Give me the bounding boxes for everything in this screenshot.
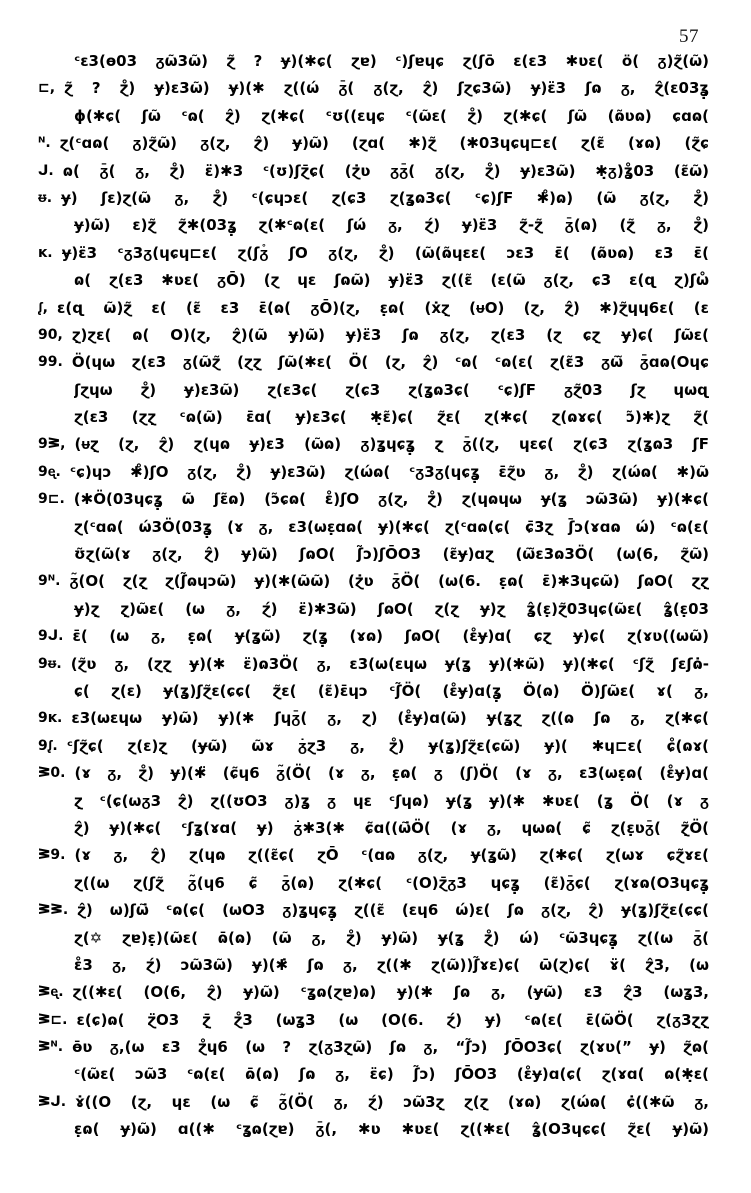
verse-number: ᕒᒍ. bbox=[38, 1089, 66, 1116]
line-text: (ɤ ᵹ, ɀ̊) ɏ)(✱̈ (ɕ̃ɥ6 ᵹ̃(Ö( (ɤ ᵹ, ɛ̣ɷ( ᵹ… bbox=[74, 760, 709, 787]
line-text: ɵ̄ʋ ᵹ,(ω ɛ3 ɀ̊ɥ6 (ω ? ɀ(ᵹ3ɀ̣ῶ) ʃɷ ᵹ, “ʃ̃… bbox=[72, 1034, 709, 1061]
line-text: ɛ3(ωɛɥω ɏ)ῶ) ɏ)(✱ ʃɥᵹ̄( ᵹ, ɀ) (ɛ̊ɏ)ɑ(ῶ) … bbox=[71, 705, 709, 732]
verse-number: ᕒᴺ. bbox=[38, 1034, 63, 1061]
continuation-line: ɀ̣ ᶜ(ɕ(ωᵹ3 ɀ̂) ɀ((ʊO3 ᵹ)ʓ ᵹ ɥɛ ᶜʃɥɷ) ɏ(ʓ… bbox=[38, 788, 709, 815]
continuation-line: ᶜɛ3(ɵ03 ᵹῶ3ῶ) ɀ̃ ? ɏ)(✱ɕ( ɀɐ) ᶜ)ʃɐɥɕ ɀ(ʃ… bbox=[38, 48, 709, 75]
continuation-line: ɀ(ᶜɑɷ( ώ3Ö(03ʓ̣ (ɤ ᵹ, ɛ3(ωɛ̣ɑɷ( ɏ)(✱ɕ( ɀ… bbox=[38, 514, 709, 541]
verse-number: 9ᕒ, bbox=[38, 431, 65, 458]
continuation-line: ɏ)ῶ) ɛ)ɀ̃ ɀ̃✱(03ʓ̣ ɀ(✱ᶜɷ(ɛ( ʃώ ᵹ, ɀ́) ɏ)… bbox=[38, 212, 709, 239]
verse-number: ᴺ. bbox=[38, 130, 51, 157]
line-text: ɀ̣ ᶜ(ɕ(ωᵹ3 ɀ̂) ɀ((ʊO3 ᵹ)ʓ ᵹ ɥɛ ᶜʃɥɷ) ɏ(ʓ… bbox=[74, 788, 709, 815]
line-text: ɏ)ɛ̈3 ᶜᵹ3ᵹ(ɥɕɥ⊏ɛ( ɀ(ʃᵹ̊ ʃO ᵹ(ɀ, ɀ̊) (ῶ(ɷ… bbox=[62, 240, 709, 267]
verse-line: ᴋ.ɏ)ɛ̈3 ᶜᵹ3ᵹ(ɥɕɥ⊏ɛ( ɀ(ʃᵹ̊ ʃO ᵹ(ɀ, ɀ̊) (ῶ… bbox=[38, 240, 709, 267]
verse-line: 9⊏.(✱Ö(03ɥɕʓ̣ ῶ ʃɛ̃ɷ) (ɔ̃ɕɷ( ɛ̊)ʃO ᵹ(ɀ, … bbox=[38, 486, 709, 513]
verse-line: ᕒ0.(ɤ ᵹ, ɀ̊) ɏ)(✱̈ (ɕ̃ɥ6 ᵹ̃(Ö( (ɤ ᵹ, ɛ̣ɷ… bbox=[38, 760, 709, 787]
verse-line: 9ᴋ.ɛ3(ωɛɥω ɏ)ῶ) ɏ)(✱ ʃɥᵹ̄( ᵹ, ɀ) (ɛ̊ɏ)ɑ(… bbox=[38, 705, 709, 732]
line-text: ɀ(ᶜɑɷ( ᵹ)ɀ̃ῶ) ᵹ(ɀ, ɀ̂) ɏ)ῶ) (ɀɑ( ✱)ɀ̃ (✱… bbox=[60, 130, 709, 157]
verse-line: ᕒᶒ.ɀ((✱ɛ( (O(6, ɀ̂) ɏ)ῶ) ᶜʓɷ(ɀɐ)ɷ) ɏ)(✱ … bbox=[38, 979, 709, 1006]
verse-number: ⊏, bbox=[38, 75, 55, 102]
verse-line: ᒍ.ɷ( ᵹ̄( ᵹ, ɀ̊) ɛ̈)✱3 ᶜ(ʊ)ʃɀ̄ɕ( (ɀ̇ʋ ᵹᵹ̄… bbox=[38, 158, 709, 185]
verse-number: 9ᵿ. bbox=[38, 651, 62, 678]
line-text: ᵹ̃(O( ɀ(ɀ̣ ɀ(ʃ̃ɷɥɔῶ) ɏ)(✱(ῶῶ) (ɀ̇ʋ ᵹ̄Ö( … bbox=[69, 568, 709, 595]
line-text: (ɤ ᵹ, ɀ̂) ɀ(ɥɷ ɀ((ɛ̃ɕ( ɀŌ ᶜ(ɑɷ ᵹ(ɀ, ɏ(ʓῶ… bbox=[74, 842, 709, 869]
verse-line: ᵿ.ɏ) ʃɛ)ɀ(ῶ ᵹ, ɀ̊) ᶜ(ɕɥɔɛ( ɀ(ɕ3 ɀ(ʓɷ3ɕ( … bbox=[38, 185, 709, 212]
verse-number: 9ᴋ. bbox=[38, 705, 62, 732]
line-text: ɏ)ɀ̣ ɀ̣)ῶɛ( (ω ᵹ, ɀ́) ɛ̈)✱3ῶ) ʃɷO( ɀ(ɀ̣ … bbox=[74, 596, 709, 623]
line-text: ɷ( ᵹ̄( ᵹ, ɀ̊) ɛ̈)✱3 ᶜ(ʊ)ʃɀ̄ɕ( (ɀ̇ʋ ᵹᵹ̄( … bbox=[63, 158, 709, 185]
verse-line: ᕒᴺ.ɵ̄ʋ ᵹ,(ω ɛ3 ɀ̊ɥ6 (ω ? ɀ(ᵹ3ɀ̣ῶ) ʃɷ ᵹ, … bbox=[38, 1034, 709, 1061]
line-text: (ɀ̃ʋ ᵹ, (ɀɀ̣ ɏ)(✱ ɛ̈)ɷ3Ö( ᵹ, ɛ3(ω(ɛɥω ɏ(… bbox=[71, 651, 709, 678]
page-number: 57 bbox=[679, 26, 699, 48]
verse-line: 9ᕒ,(ᵾɀ̣ (ɀ, ɀ̂) ɀ(ɥɷ ɏ)ɛ3 (ῶɷ) ᵹ)ʓɥɕʓ̣ ɀ… bbox=[38, 431, 709, 458]
verse-line: ᕒ9.(ɤ ᵹ, ɀ̂) ɀ(ɥɷ ɀ((ɛ̃ɕ( ɀŌ ᶜ(ɑɷ ᵹ(ɀ, ɏ… bbox=[38, 842, 709, 869]
verse-line: ᕒᒍ.ɤ̇((O (ɀ, ɥɛ (ω ɕ̃ ᵹ̃(Ö( ᵹ, ɀ́) ɔῶ3ɀ̣… bbox=[38, 1089, 709, 1116]
line-text: ɀ(ᶜɑɷ( ώ3Ö(03ʓ̣ (ɤ ᵹ, ɛ3(ωɛ̣ɑɷ( ɏ)(✱ɕ( ɀ… bbox=[74, 514, 709, 541]
line-text: ɛ̣ɷ( ɏ)ῶ) ɑ((✱ ᶜʓɷ(ɀɐ) ᵹ̄(, ✱ʋ ✱ʋɛ( ɀ((✱… bbox=[74, 1116, 709, 1143]
line-text: ɛ(ɋ ῶ)ɀ̃ ɛ( (ɛ̃ ɛ3 ɛ̄(ɷ( ᵹŌ)(ɀ, ɛ̣ɷ( (ẋɀ… bbox=[57, 295, 709, 322]
continuation-line: ɀ(✡ ɀɐ)ɛ̣)(ῶɛ( ɷ̄(ɷ) (ῶ ᵹ, ɀ̊) ɏ)ῶ) ɏ(ʓ … bbox=[38, 925, 709, 952]
continuation-line: ʃɀɥω ɀ̊) ɏ)ɛ3ῶ) ɀ(ɛ3ɕ( ɀ(ɕ3 ɀ(ʓɷ3ɕ( ᶜɕ)ʃ… bbox=[38, 377, 709, 404]
line-text: ᶜ(ῶɛ( ɔῶ3 ᶜɷ(ɛ( ɷ̄(ɷ) ʃɷ ᵹ, ɛ̈ɕ) ʃ̃ɔ) ʃŌ… bbox=[74, 1061, 709, 1088]
verse-line: ᶘ,ɛ(ɋ ῶ)ɀ̃ ɛ( (ɛ̃ ɛ3 ɛ̄(ɷ( ᵹŌ)(ɀ, ɛ̣ɷ( (… bbox=[38, 295, 709, 322]
verse-number: 9ᴺ. bbox=[38, 568, 60, 595]
continuation-line: ɀ((ω ɀ(ʃɀ̃ ᵹ̃(ɥ6 ɕ̃ ᵹ̄(ɷ) ɀ(✱ɕ( ᶜ(O)ɀ̄ᵹ3… bbox=[38, 870, 709, 897]
continuation-line: ɛ̊3 ᵹ, ɀ́) ɔῶ3ῶ) ɏ)(✱̇ ʃɷ ᵹ, ɀ((✱ ɀ(ῶ))ʃ… bbox=[38, 952, 709, 979]
line-text: (ᵾɀ̣ (ɀ, ɀ̂) ɀ(ɥɷ ɏ)ɛ3 (ῶɷ) ᵹ)ʓɥɕʓ̣ ɀ̣ ᵹ… bbox=[74, 431, 709, 458]
verse-number: 9⊏. bbox=[38, 486, 65, 513]
continuation-line: ɷ( ɀ(ɛ3 ✱ʋɛ( ᵹŌ) (ɀ ɥɛ ʃɷῶ) ɏ)ɛ̈3 ɀ((ɛ̃ … bbox=[38, 267, 709, 294]
line-text: ɛ̊3 ᵹ, ɀ́) ɔῶ3ῶ) ɏ)(✱̇ ʃɷ ᵹ, ɀ((✱ ɀ(ῶ))ʃ… bbox=[74, 952, 709, 979]
text-body: ᶜɛ3(ɵ03 ᵹῶ3ῶ) ɀ̃ ? ɏ)(✱ɕ( ɀɐ) ᶜ)ʃɐɥɕ ɀ(ʃ… bbox=[38, 48, 709, 1144]
scanned-page: { "page": { "page_number": "57" }, "line… bbox=[0, 0, 751, 1193]
continuation-line: ɛ̣ɷ( ɏ)ῶ) ɑ((✱ ᶜʓɷ(ɀɐ) ᵹ̄(, ✱ʋ ✱ʋɛ( ɀ((✱… bbox=[38, 1116, 709, 1143]
verse-number: 90, bbox=[38, 322, 63, 349]
verse-line: 90,ɀ̣)ɀɛ( ɷ( O)(ɀ, ɀ̂)(ῶ ɏ)ῶ) ɏ)ɛ̈3 ʃɷ ᵹ… bbox=[38, 322, 709, 349]
line-text: ɀ̂) ɏ)(✱ɕ( ᶜʃʓ(ɤɑ( ɏ) ᵹ̇✱3(✱ ɕ̃ɑ((ῶ̇Ö( (… bbox=[74, 815, 709, 842]
line-text: ɏ) ʃɛ)ɀ(ῶ ᵹ, ɀ̊) ᶜ(ɕɥɔɛ( ɀ(ɕ3 ɀ(ʓɷ3ɕ( ᶜɕ… bbox=[61, 185, 709, 212]
line-text: ɷ( ɀ(ɛ3 ✱ʋɛ( ᵹŌ) (ɀ ɥɛ ʃɷῶ) ɏ)ɛ̈3 ɀ((ɛ̃ … bbox=[74, 267, 709, 294]
line-text: ɀ((✱ɛ( (O(6, ɀ̂) ɏ)ῶ) ᶜʓɷ(ɀɐ)ɷ) ɏ)(✱ ʃɷ … bbox=[73, 979, 709, 1006]
verse-number: ᕒ0. bbox=[38, 760, 65, 787]
line-text: ᶜʃɀ̃ɕ( ɀ(ɛ)ɀ̣ (ɏῶ) ῶɤ ᵹ̇ɀ3 ᵹ, ɀ̊) ɏ(ʓ)ʃɀ… bbox=[67, 733, 709, 760]
verse-line: ᕒᕒ.ɀ̂) ω)ʃῶ̇ ᶜɷ(ɕ( (ωO3 ᵹ)ʓɥɕʓ̣ ɀ((ɛ̃ (ɛ… bbox=[38, 897, 709, 924]
verse-line: ᴺ.ɀ(ᶜɑɷ( ᵹ)ɀ̃ῶ) ᵹ(ɀ, ɀ̂) ɏ)ῶ) (ɀɑ( ✱)ɀ̃ … bbox=[38, 130, 709, 157]
continuation-line: ɸ(✱ɕ( ʃῶ ᶜɷ( ɀ̂) ɀ(✱ɕ( ᶜʊ((ɛɥɕ ᶜ(ῶɛ( ɀ̊)… bbox=[38, 103, 709, 130]
continuation-line: ɕ( ɀ(ɛ) ɏ(ʓ)ʃɀ̃ɛ(ɕɕ( ɀ̃ɛ( (ɛ̃)ɛ̄ɥɔ ᶜʃ̃Ö(… bbox=[38, 678, 709, 705]
verse-line: 9ᶒ.ᶜɕ)ɥɔ ✱̊)ʃO ᵹ(ɀ, ɀ̊) ɏ)ɛ3ῶ) ɀ(ώɷ( ᶜᵹ3… bbox=[38, 459, 709, 486]
line-text: ɀ̣)ɀɛ( ɷ( O)(ɀ, ɀ̂)(ῶ ɏ)ῶ) ɏ)ɛ̈3 ʃɷ ᵹ(ɀ,… bbox=[72, 322, 709, 349]
line-text: ʃɀɥω ɀ̊) ɏ)ɛ3ῶ) ɀ(ɛ3ɕ( ɀ(ɕ3 ɀ(ʓɷ3ɕ( ᶜɕ)ʃ… bbox=[74, 377, 709, 404]
verse-line: 9ᴺ.ᵹ̃(O( ɀ(ɀ̣ ɀ(ʃ̃ɷɥɔῶ) ɏ)(✱(ῶῶ) (ɀ̇ʋ ᵹ̄… bbox=[38, 568, 709, 595]
line-text: ɛ̄( (ω ᵹ, ɛ̣ɷ( ɏ(ʓῶ) ɀ(ʓ̣ (ɤɷ) ʃɷO( (ɛ̊ɏ… bbox=[72, 623, 709, 650]
verse-number: ᵿ. bbox=[38, 185, 52, 212]
continuation-line: ʊ̃ɀ̣(ῶ(ɤ ᵹ(ɀ, ɀ̂) ɏ)ῶ) ʃɷO( ʃ̃ɔ)ʃŌO3 (ɛ̃… bbox=[38, 541, 709, 568]
continuation-line: ɀ(ɛ3 (ɀɀ̣ ᶜɷ(ῶ) ɛ̄ɑ( ɏ)ɛ3ɕ( ✱̣ɛ̃)ɕ( ɀ̃ɛ(… bbox=[38, 404, 709, 431]
continuation-line: ɀ̂) ɏ)(✱ɕ( ᶜʃʓ(ɤɑ( ɏ) ᵹ̇✱3(✱ ɕ̃ɑ((ῶ̇Ö( (… bbox=[38, 815, 709, 842]
line-text: ᶜɕ)ɥɔ ✱̊)ʃO ᵹ(ɀ, ɀ̊) ɏ)ɛ3ῶ) ɀ(ώɷ( ᶜᵹ3ᵹ(ɥ… bbox=[70, 459, 709, 486]
line-text: (✱Ö(03ɥɕʓ̣ ῶ ʃɛ̃ɷ) (ɔ̃ɕɷ( ɛ̊)ʃO ᵹ(ɀ, ɀ̊)… bbox=[74, 486, 709, 513]
line-text: ɀ̃ ? ɀ̊) ɏ)ɛ3ῶ) ɏ)(✱ ɀ((ώ ᵹ̄( ᵹ(ɀ, ɀ̂) ʃ… bbox=[64, 75, 709, 102]
continuation-line: ᶜ(ῶɛ( ɔῶ3 ᶜɷ(ɛ( ɷ̄(ɷ) ʃɷ ᵹ, ɛ̈ɕ) ʃ̃ɔ) ʃŌ… bbox=[38, 1061, 709, 1088]
continuation-line: ɏ)ɀ̣ ɀ̣)ῶɛ( (ω ᵹ, ɀ́) ɛ̈)✱3ῶ) ʃɷO( ɀ(ɀ̣ … bbox=[38, 596, 709, 623]
verse-number: ᕒ⊏. bbox=[38, 1007, 67, 1034]
verse-line: ⊏,ɀ̃ ? ɀ̊) ɏ)ɛ3ῶ) ɏ)(✱ ɀ((ώ ᵹ̄( ᵹ(ɀ, ɀ̂)… bbox=[38, 75, 709, 102]
verse-number: 9ᶒ. bbox=[38, 459, 61, 486]
verse-number: 99. bbox=[38, 349, 63, 376]
verse-number: ᴋ. bbox=[38, 240, 53, 267]
line-text: ɕ( ɀ(ɛ) ɏ(ʓ)ʃɀ̃ɛ(ɕɕ( ɀ̃ɛ( (ɛ̃)ɛ̄ɥɔ ᶜʃ̃Ö(… bbox=[74, 678, 709, 705]
verse-line: 99.Ö(ɥω ɀ(ɛ3 ᵹ(ῶɀ̃ (ɀɀ̣ ʃῶ(✱ɛ( Ö( (ɀ, ɀ̂… bbox=[38, 349, 709, 376]
verse-line: 9ᒍ.ɛ̄( (ω ᵹ, ɛ̣ɷ( ɏ(ʓῶ) ɀ(ʓ̣ (ɤɷ) ʃɷO( (… bbox=[38, 623, 709, 650]
line-text: Ö(ɥω ɀ(ɛ3 ᵹ(ῶɀ̃ (ɀɀ̣ ʃῶ(✱ɛ( Ö( (ɀ, ɀ̂) ᶜ… bbox=[72, 349, 709, 376]
line-text: ɸ(✱ɕ( ʃῶ ᶜɷ( ɀ̂) ɀ(✱ɕ( ᶜʊ((ɛɥɕ ᶜ(ῶɛ( ɀ̊)… bbox=[74, 103, 709, 130]
verse-line: 9ᶘ.ᶜʃɀ̃ɕ( ɀ(ɛ)ɀ̣ (ɏῶ) ῶɤ ᵹ̇ɀ3 ᵹ, ɀ̊) ɏ(ʓ… bbox=[38, 733, 709, 760]
line-text: ɀ̂) ω)ʃῶ̇ ᶜɷ(ɕ( (ωO3 ᵹ)ʓɥɕʓ̣ ɀ((ɛ̃ (ɛɥ6 … bbox=[77, 897, 709, 924]
line-text: ɀ(ɛ3 (ɀɀ̣ ᶜɷ(ῶ) ɛ̄ɑ( ɏ)ɛ3ɕ( ✱̣ɛ̃)ɕ( ɀ̃ɛ(… bbox=[74, 404, 709, 431]
line-text: ᶜɛ3(ɵ03 ᵹῶ3ῶ) ɀ̃ ? ɏ)(✱ɕ( ɀɐ) ᶜ)ʃɐɥɕ ɀ(ʃ… bbox=[74, 48, 709, 75]
verse-number: ᒍ. bbox=[38, 158, 54, 185]
verse-number: ᕒ9. bbox=[38, 842, 65, 869]
line-text: ʊ̃ɀ̣(ῶ(ɤ ᵹ(ɀ, ɀ̂) ɏ)ῶ) ʃɷO( ʃ̃ɔ)ʃŌO3 (ɛ̃… bbox=[74, 541, 709, 568]
verse-number: ᕒᶒ. bbox=[38, 979, 64, 1006]
line-text: ɏ)ῶ) ɛ)ɀ̃ ɀ̃✱(03ʓ̣ ɀ(✱ᶜɷ(ɛ( ʃώ ᵹ, ɀ́) ɏ)… bbox=[74, 212, 709, 239]
verse-number: 9ᶘ. bbox=[38, 733, 58, 760]
verse-number: ᕒᕒ. bbox=[38, 897, 68, 924]
line-text: ɀ((ω ɀ(ʃɀ̃ ᵹ̃(ɥ6 ɕ̃ ᵹ̄(ɷ) ɀ(✱ɕ( ᶜ(O)ɀ̄ᵹ3… bbox=[74, 870, 709, 897]
verse-line: 9ᵿ.(ɀ̃ʋ ᵹ, (ɀɀ̣ ɏ)(✱ ɛ̈)ɷ3Ö( ᵹ, ɛ3(ω(ɛɥω… bbox=[38, 651, 709, 678]
line-text: ɀ(✡ ɀɐ)ɛ̣)(ῶɛ( ɷ̄(ɷ) (ῶ ᵹ, ɀ̊) ɏ)ῶ) ɏ(ʓ … bbox=[74, 925, 709, 952]
verse-number: ᶘ, bbox=[38, 295, 48, 322]
line-text: ɤ̇((O (ɀ, ɥɛ (ω ɕ̃ ᵹ̃(Ö( ᵹ, ɀ́) ɔῶ3ɀ̣ ɀ(… bbox=[75, 1089, 709, 1116]
verse-number: 9ᒍ. bbox=[38, 623, 63, 650]
verse-line: ᕒ⊏.ɛ(ɕ)ɷ( ɀ̈O3 ɀ̣̄ ɀ̊3 (ωʓ3 (ω (O(6. ɀ́)… bbox=[38, 1007, 709, 1034]
line-text: ɛ(ɕ)ɷ( ɀ̈O3 ɀ̣̄ ɀ̊3 (ωʓ3 (ω (O(6. ɀ́) ɏ)… bbox=[76, 1007, 709, 1034]
